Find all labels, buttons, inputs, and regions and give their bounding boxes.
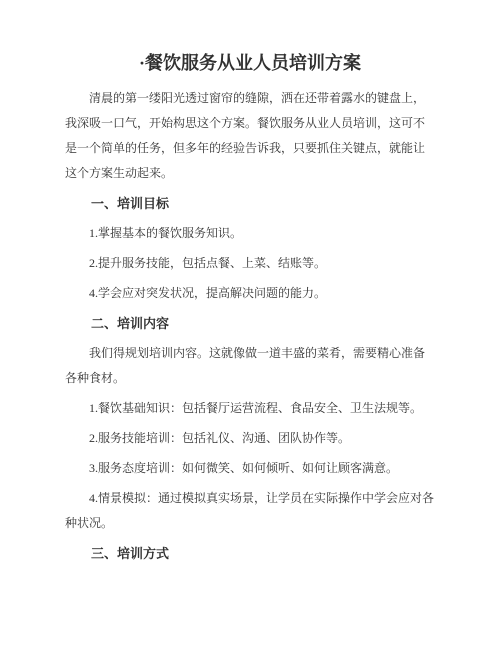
section-intro-paragraph: 我们得规划培训内容。这就像做一道丰盛的菜肴，需要精心准备各种食材。 bbox=[65, 341, 435, 391]
section-heading-training-method: 三、培训方式 bbox=[65, 541, 435, 566]
document-title: ·餐饮服务从业人员培训方案 bbox=[65, 50, 435, 76]
list-item: 3.服务态度培训：如何微笑、如何倾听、如何让顾客满意。 bbox=[65, 456, 435, 481]
list-item: 4.学会应对突发状况，提高解决问题的能力。 bbox=[65, 281, 435, 306]
document-page: ·餐饮服务从业人员培训方案 清晨的第一缕阳光透过窗帘的缝隙，洒在还带着露水的键盘… bbox=[0, 0, 500, 647]
list-item: 1.掌握基本的餐饮服务知识。 bbox=[65, 221, 435, 246]
section-heading-training-content: 二、培训内容 bbox=[65, 311, 435, 336]
list-item: 2.提升服务技能，包括点餐、上菜、结账等。 bbox=[65, 251, 435, 276]
intro-paragraph: 清晨的第一缕阳光透过窗帘的缝隙，洒在还带着露水的键盘上，我深吸一口气，开始构思这… bbox=[65, 86, 435, 186]
list-item: 2.服务技能培训：包括礼仪、沟通、团队协作等。 bbox=[65, 426, 435, 451]
section-heading-training-goals: 一、培训目标 bbox=[65, 191, 435, 216]
list-item: 1.餐饮基础知识：包括餐厅运营流程、食品安全、卫生法规等。 bbox=[65, 396, 435, 421]
list-item: 4.情景模拟：通过模拟真实场景，让学员在实际操作中学会应对各种状况。 bbox=[65, 486, 435, 536]
